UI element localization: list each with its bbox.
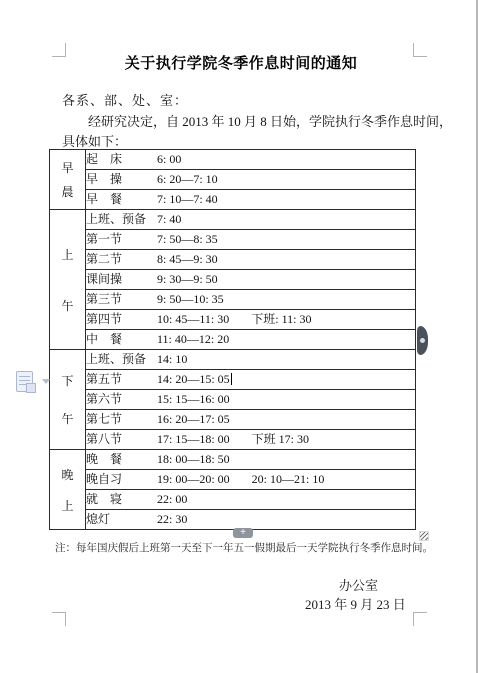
- activity-cell: 第八节17: 15—18: 00下班 17: 30: [86, 430, 416, 450]
- table-resize-handle[interactable]: [419, 531, 429, 541]
- activity-cell: 第四节10: 45—11: 30下班: 11: 30: [86, 310, 416, 330]
- period-char: 午: [61, 297, 73, 314]
- activity-time: 11: 40—12: 20: [157, 330, 229, 349]
- schedule-row: 早晨起 床6: 00: [50, 150, 416, 170]
- activity-time: 7: 50—8: 35: [157, 230, 218, 249]
- schedule-row: 熄灯22: 30: [50, 510, 416, 530]
- activity-cell: 第一节7: 50—8: 35: [86, 230, 416, 250]
- paste-options-widget[interactable]: [16, 371, 50, 395]
- activity-cell: 早 餐7: 10—7: 40: [86, 190, 416, 210]
- schedule-row: 第四节10: 45—11: 30下班: 11: 30: [50, 310, 416, 330]
- activity-extra-time: 20: 10—21: 10: [252, 470, 325, 489]
- activity-time: 7: 40: [157, 210, 181, 229]
- activity-label: 上班、预备: [86, 350, 157, 369]
- activity-cell: 第三节9: 50—10: 35: [86, 290, 416, 310]
- activity-time: 19: 00—20: 00: [157, 470, 230, 489]
- word-document-page: 关于执行学院冬季作息时间的通知 各系、部、处、室： 经研究决定，自 2013 年…: [0, 0, 478, 673]
- activity-label: 起 床: [86, 150, 157, 169]
- period-char: 上: [61, 246, 73, 263]
- activity-cell: 中 餐11: 40—12: 20: [86, 330, 416, 350]
- margin-mark-bottom-left: [52, 612, 66, 626]
- activity-label: 第六节: [86, 390, 157, 409]
- signature-office: 办公室: [339, 575, 378, 594]
- activity-extra-time: 下班: 11: 30: [251, 310, 311, 329]
- activity-label: 课间操: [86, 270, 157, 289]
- intro-line-1: 经研究决定，自 2013 年 10 月 8 日始，学院执行冬季作息时间，: [88, 111, 452, 130]
- document-title: 关于执行学院冬季作息时间的通知: [62, 52, 420, 73]
- activity-cell: 课间操9: 30—9: 50: [86, 270, 416, 290]
- activity-label: 上班、预备: [86, 210, 157, 229]
- intro-line-2: 具体如下：: [62, 131, 127, 150]
- activity-time: 10: 45—11: 30: [157, 310, 229, 329]
- period-char: 早: [61, 159, 73, 176]
- activity-label: 第三节: [86, 290, 157, 309]
- schedule-row: 第二节8: 45—9: 30: [50, 250, 416, 270]
- activity-label: 第二节: [86, 250, 157, 269]
- activity-label: 第七节: [86, 410, 157, 429]
- activity-cell: 起 床6: 00: [86, 150, 416, 170]
- activity-cell: 晚 餐18: 00—18: 50: [86, 450, 416, 470]
- period-char: 晨: [61, 183, 73, 200]
- schedule-table-body: 早晨起 床6: 00早 操6: 20—7: 10早 餐7: 10—7: 40上午…: [50, 150, 416, 530]
- schedule-row: 晚自习19: 00—20: 0020: 10—21: 10: [50, 470, 416, 490]
- schedule-table: 早晨起 床6: 00早 操6: 20—7: 10早 餐7: 10—7: 40上午…: [49, 149, 416, 530]
- schedule-row: 第五节14: 20—15: 05: [50, 370, 416, 390]
- activity-label: 早 餐: [86, 190, 157, 209]
- activity-time: 16: 20—17: 05: [157, 410, 230, 429]
- margin-mark-bottom-right: [413, 612, 427, 626]
- period-label: 下午: [50, 352, 85, 448]
- activity-time: 22: 00: [157, 490, 187, 509]
- activity-label: 熄灯: [86, 510, 157, 529]
- period-cell: 下午: [50, 350, 86, 450]
- schedule-row: 下午上班、预备14: 10: [50, 350, 416, 370]
- activity-time: 14: 10: [157, 350, 187, 369]
- schedule-row: 早 操6: 20—7: 10: [50, 170, 416, 190]
- activity-cell: 就 寝22: 00: [86, 490, 416, 510]
- schedule-row: 课间操9: 30—9: 50: [50, 270, 416, 290]
- period-cell: 晚上: [50, 450, 86, 530]
- activity-time: 9: 30—9: 50: [157, 270, 218, 289]
- paste-options-icon-fold: [26, 383, 36, 393]
- activity-time: 8: 45—9: 30: [157, 250, 218, 269]
- activity-label: 第四节: [86, 310, 157, 329]
- text-cursor: [231, 373, 232, 385]
- activity-label: 晚 餐: [86, 450, 157, 469]
- activity-label: 中 餐: [86, 330, 157, 349]
- schedule-row: 第一节7: 50—8: 35: [50, 230, 416, 250]
- activity-cell: 第七节16: 20—17: 05: [86, 410, 416, 430]
- activity-time: 6: 20—7: 10: [157, 170, 218, 189]
- activity-cell: 上班、预备7: 40: [86, 210, 416, 230]
- activity-cell: 熄灯22: 30: [86, 510, 416, 530]
- activity-time: 17: 15—18: 00: [157, 430, 230, 449]
- activity-time: 14: 20—15: 05: [157, 370, 230, 389]
- period-label: 早晨: [50, 152, 85, 208]
- period-label: 晚上: [50, 452, 85, 528]
- period-cell: 上午: [50, 210, 86, 350]
- activity-label: 第八节: [86, 430, 157, 449]
- activity-time: 7: 10—7: 40: [157, 190, 218, 209]
- schedule-row: 上午上班、预备7: 40: [50, 210, 416, 230]
- schedule-row: 第六节15: 15—16: 00: [50, 390, 416, 410]
- activity-label: 第五节: [86, 370, 157, 389]
- activity-time: 15: 15—16: 00: [157, 390, 230, 409]
- activity-time: 18: 00—18: 50: [157, 450, 230, 469]
- schedule-row: 第七节16: 20—17: 05: [50, 410, 416, 430]
- period-char: 晚: [61, 466, 73, 483]
- insert-row-button[interactable]: +: [233, 528, 253, 538]
- salutation-line: 各系、部、处、室：: [62, 90, 188, 109]
- activity-label: 就 寝: [86, 490, 157, 509]
- period-label: 上午: [50, 212, 85, 348]
- period-char: 下: [61, 372, 73, 389]
- period-cell: 早晨: [50, 150, 86, 210]
- activity-cell: 第二节8: 45—9: 30: [86, 250, 416, 270]
- activity-label: 早 操: [86, 170, 157, 189]
- activity-time: 22: 30: [157, 510, 187, 529]
- side-scroll-handle[interactable]: [417, 326, 428, 355]
- activity-time: 9: 50—10: 35: [157, 290, 224, 309]
- activity-extra-time: 下班 17: 30: [252, 430, 309, 449]
- period-char: 午: [61, 410, 73, 427]
- footnote: 注：每年国庆假后上班第一天至下一年五一假期最后一天学院执行冬季作息时间。: [55, 540, 433, 555]
- activity-cell: 第六节15: 15—16: 00: [86, 390, 416, 410]
- activity-label: 第一节: [86, 230, 157, 249]
- schedule-row: 就 寝22: 00: [50, 490, 416, 510]
- activity-cell: 第五节14: 20—15: 05: [86, 370, 416, 390]
- signature-date: 2013 年 9 月 23 日: [305, 594, 406, 613]
- activity-cell: 上班、预备14: 10: [86, 350, 416, 370]
- activity-time: 6: 00: [157, 150, 181, 169]
- schedule-row: 晚上晚 餐18: 00—18: 50: [50, 450, 416, 470]
- activity-label: 晚自习: [86, 470, 157, 489]
- activity-cell: 早 操6: 20—7: 10: [86, 170, 416, 190]
- chevron-down-icon[interactable]: [42, 379, 50, 384]
- schedule-row: 第三节9: 50—10: 35: [50, 290, 416, 310]
- activity-cell: 晚自习19: 00—20: 0020: 10—21: 10: [86, 470, 416, 490]
- period-char: 上: [61, 497, 73, 514]
- side-scroll-handle-dot: [420, 338, 425, 343]
- schedule-row: 中 餐11: 40—12: 20: [50, 330, 416, 350]
- schedule-row: 早 餐7: 10—7: 40: [50, 190, 416, 210]
- schedule-row: 第八节17: 15—18: 00下班 17: 30: [50, 430, 416, 450]
